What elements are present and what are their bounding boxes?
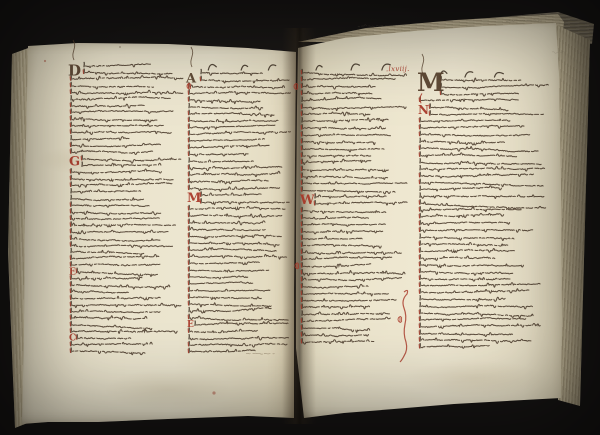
verso-page (18, 40, 298, 426)
recto-page (294, 18, 566, 420)
manuscript-photo: .lxviij. DGECAMEWMN (0, 0, 600, 435)
chapter-numeral: .lxviij. (386, 65, 410, 73)
